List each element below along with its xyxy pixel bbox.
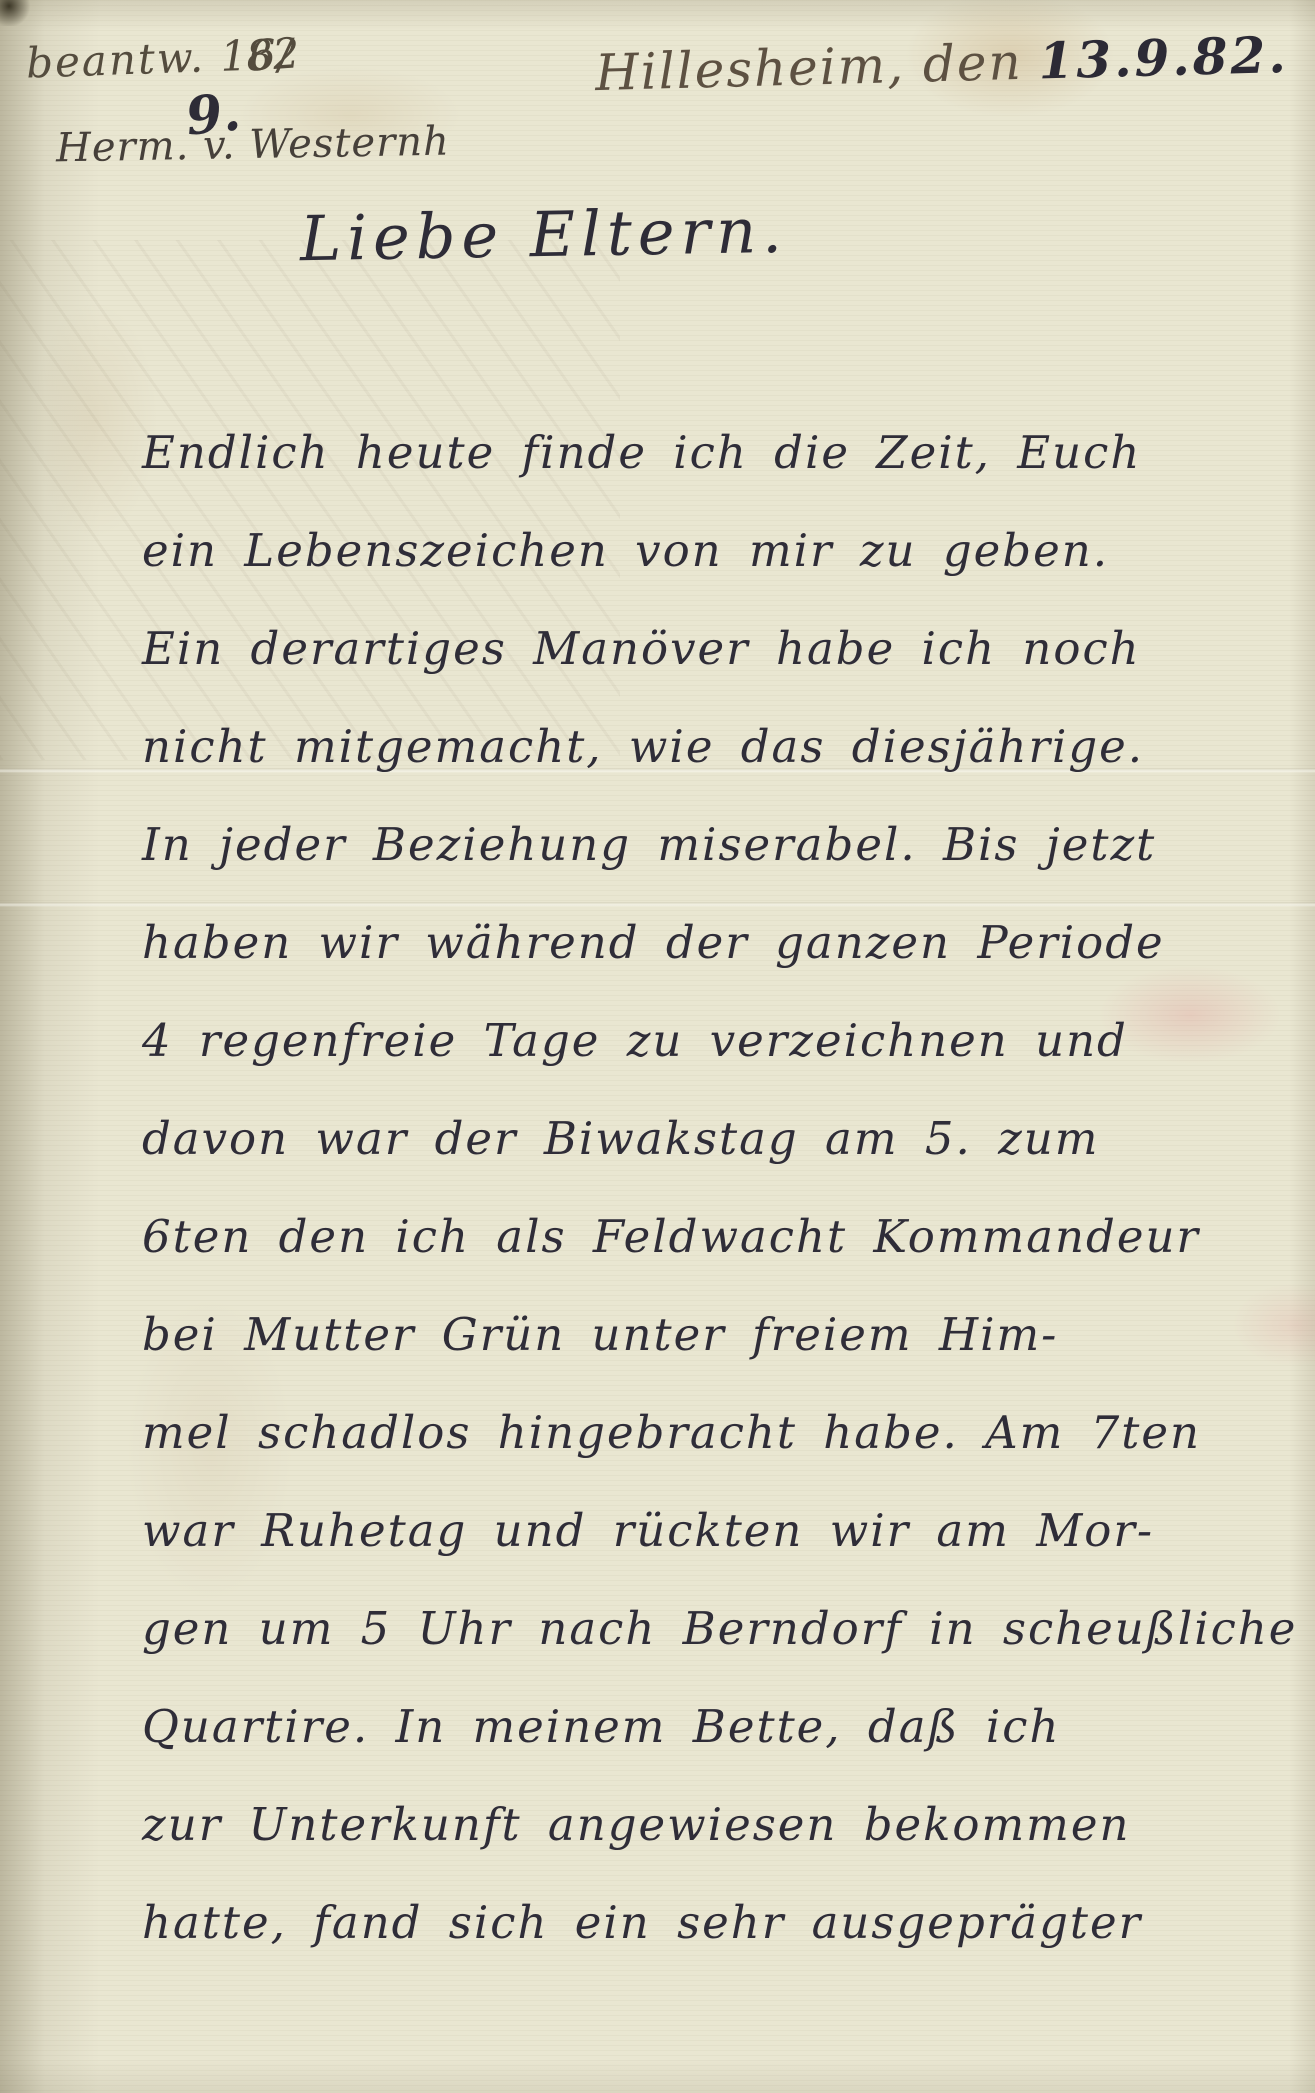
- letter-line: Quartire. In meinem Bette, daß ich: [142, 1678, 1295, 1776]
- letter-line: mel schadlos hingebracht habe. Am 7ten: [142, 1384, 1295, 1482]
- dateline-place: Hillesheim, den: [595, 33, 1024, 102]
- letter-body: Endlich heute finde ich die Zeit, Euch e…: [142, 404, 1295, 1972]
- letter-page: beantw. 16/ 82 9. Herm. v. Westernh Hill…: [0, 0, 1315, 2093]
- letter-line: ein Lebenszeichen von mir zu geben.: [142, 502, 1295, 600]
- letter-line: zur Unterkunft angewiesen bekommen: [142, 1776, 1295, 1874]
- letter-line: gen um 5 Uhr nach Berndorf in scheußlich…: [142, 1580, 1295, 1678]
- dateline: Hillesheim, den 13.9.82.: [595, 25, 1290, 102]
- letter-line: davon war der Biwakstag am 5. zum: [142, 1090, 1295, 1188]
- letter-line: nicht mitgemacht, wie das diesjährige.: [142, 698, 1295, 796]
- dateline-date: 13.9.82.: [1038, 25, 1290, 91]
- letter-line: 4 regenfreie Tage zu verzeichnen und: [142, 992, 1295, 1090]
- archival-year-note: 82: [244, 28, 301, 81]
- letter-line: Endlich heute finde ich die Zeit, Euch: [142, 404, 1295, 502]
- archival-addressee-note: Herm. v. Westernh: [56, 119, 451, 172]
- salutation: Liebe Eltern.: [299, 194, 788, 276]
- letter-line: hatte, fand sich ein sehr ausgeprägter: [142, 1874, 1295, 1972]
- letter-line: bei Mutter Grün unter freiem Him-: [142, 1286, 1295, 1384]
- letter-line: 6ten den ich als Feldwacht Kommandeur: [142, 1188, 1295, 1286]
- letter-line: In jeder Beziehung miserabel. Bis jetzt: [142, 796, 1295, 894]
- letter-line: war Ruhetag und rückten wir am Mor-: [142, 1482, 1295, 1580]
- letter-line: Ein derartiges Manöver habe ich noch: [142, 600, 1295, 698]
- corner-ink-smudge: [0, 0, 32, 26]
- letter-line: haben wir während der ganzen Periode: [142, 894, 1295, 992]
